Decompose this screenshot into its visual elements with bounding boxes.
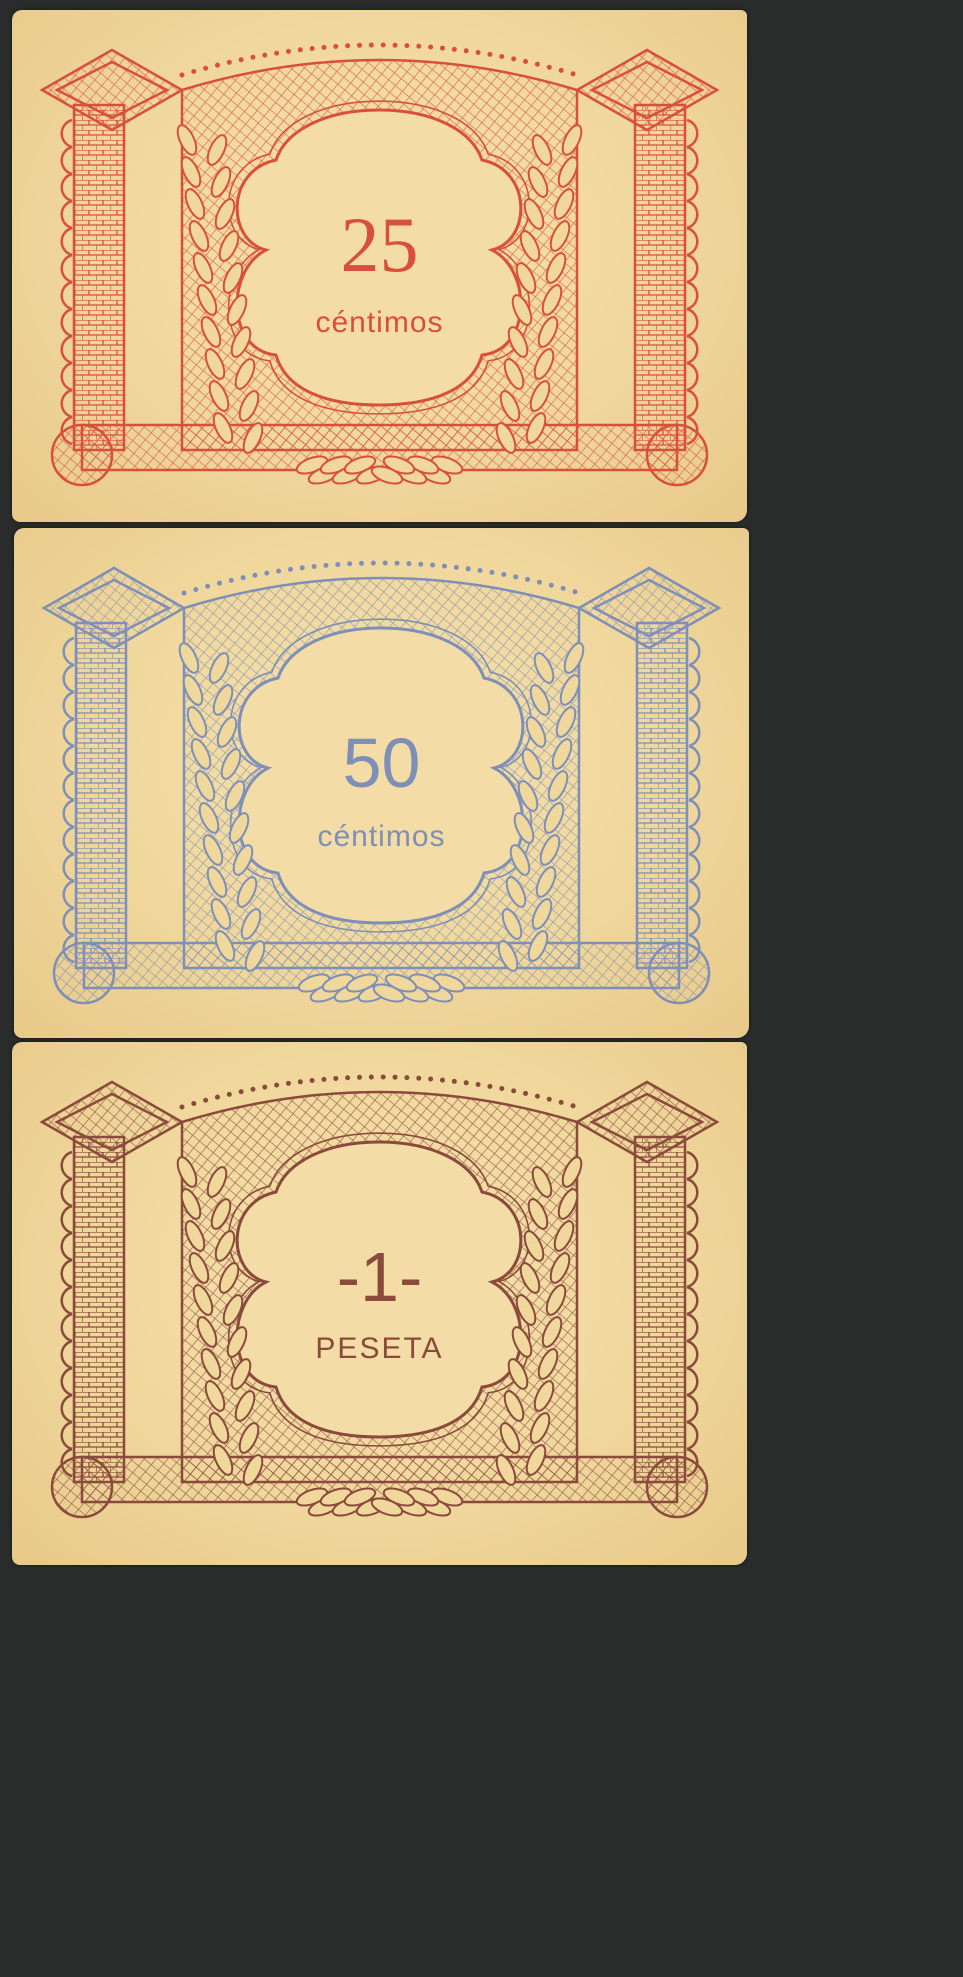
- denomination-unit: céntimos: [12, 306, 747, 340]
- banknote-50-centimos: 50 céntimos: [14, 528, 749, 1038]
- denomination-unit: céntimos: [14, 820, 749, 854]
- denomination-unit: PESETA: [12, 1332, 747, 1366]
- denomination-value: 25: [12, 200, 747, 290]
- denomination-value: -1-: [12, 1237, 747, 1317]
- banknote-25-centimos: 25 céntimos: [12, 10, 747, 522]
- denomination-value: 50: [14, 723, 749, 803]
- banknote-1-peseta: -1- PESETA: [12, 1042, 747, 1565]
